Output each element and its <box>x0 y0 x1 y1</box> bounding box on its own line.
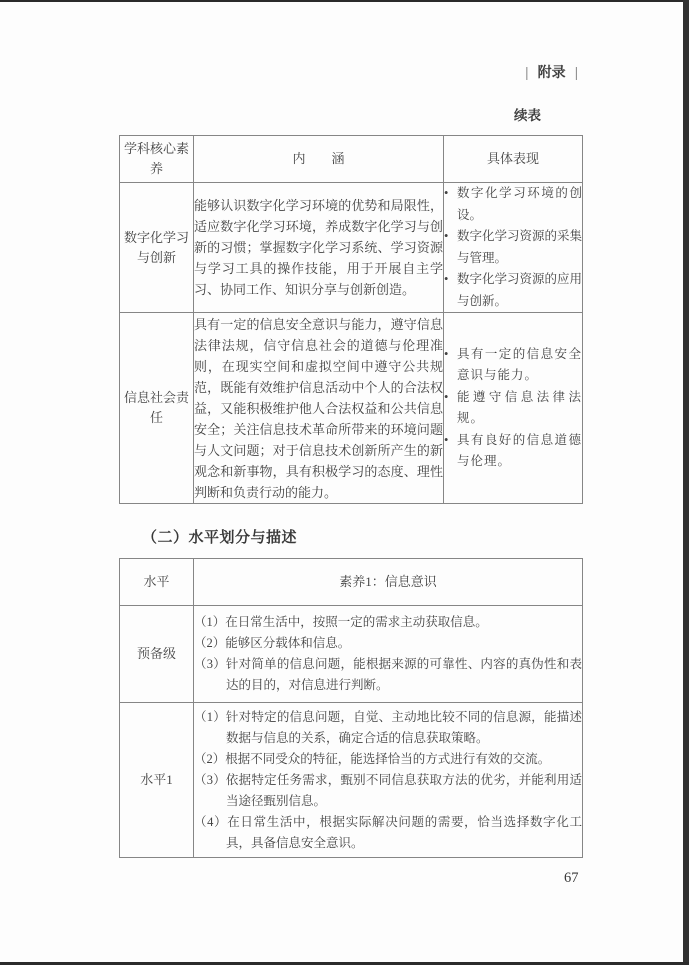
bullet-icon: • <box>444 387 449 409</box>
table-row: 数字化学习与创新 能够认识数字化学习环境的优势和局限性，适应数字化学习环境，养成… <box>120 183 583 313</box>
list-item-text: 具有良好的信息道德与伦理。 <box>457 433 582 469</box>
level-description-cell: （1）针对特定的信息问题，自觉、主动地比较不同的信息源，能描述数据与信息的关系，… <box>194 703 583 858</box>
numbered-item: （4）在日常生活中，根据实际解决问题的需要，恰当选择数字化工具，具备信息安全意识… <box>194 812 582 854</box>
level-description-cell: （1）在日常生活中，按照一定的需求主动获取信息。 （2）能够区分载体和信息。 （… <box>194 606 583 703</box>
table-row: 信息社会责任 具有一定的信息安全意识与能力，遵守信息法律法规，信守信息社会的道德… <box>120 313 583 504</box>
numbered-item: （1）针对特定的信息问题，自觉、主动地比较不同的信息源，能描述数据与信息的关系，… <box>194 707 582 749</box>
level-description-table: 水平 素养1：信息意识 预备级 （1）在日常生活中，按照一定的需求主动获取信息。… <box>119 558 583 858</box>
connotation-cell: 具有一定的信息安全意识与能力，遵守信息法律法规，信守信息社会的道德与伦理准则，在… <box>194 313 444 504</box>
list-item-text: 具有一定的信息安全意识与能力。 <box>457 347 582 383</box>
page-number: 67 <box>564 870 579 887</box>
list-item: •具有良好的信息道德与伦理。 <box>444 430 582 473</box>
list-item: •能遵守信息法律法规。 <box>444 387 582 430</box>
bullet-icon: • <box>444 183 448 205</box>
list-item-text: 数字化学习资源的应用与创新。 <box>457 272 582 308</box>
table1-header-manifestation: 具体表现 <box>444 136 583 183</box>
list-item-text: 能遵守信息法律法规。 <box>457 390 582 426</box>
table1-header-competency: 学科核心素养 <box>120 136 194 183</box>
level-cell: 预备级 <box>120 606 194 703</box>
core-competency-table: 学科核心素养 内 涵 具体表现 数字化学习与创新 能够认识数字化学习环境的优势和… <box>119 135 583 504</box>
table2-header-row: 水平 素养1：信息意识 <box>120 559 583 606</box>
numbered-item: （3）针对简单的信息问题，能根据来源的可靠性、内容的真伪性和表达的目的，对信息进… <box>194 654 582 696</box>
numbered-item: （1）在日常生活中，按照一定的需求主动获取信息。 <box>194 612 582 633</box>
connotation-cell: 能够认识数字化学习环境的优势和局限性，适应数字化学习环境，养成数字化学习与创新的… <box>194 183 444 313</box>
page-edge-right <box>683 0 689 965</box>
numbered-item: （3）依据特定任务需求，甄别不同信息获取方法的优劣，并能利用适当途径甄别信息。 <box>194 770 582 812</box>
header-bar-left-icon: | <box>516 64 538 80</box>
bullet-icon: • <box>444 430 449 452</box>
running-header: |附录| <box>516 62 587 82</box>
bullet-icon: • <box>444 344 449 366</box>
header-bar-right-icon: | <box>566 64 588 80</box>
continued-table-label: 续表 <box>514 104 541 124</box>
document-page: |附录| 续表 学科核心素养 内 涵 具体表现 数字化学习与创新 能够认识数字化… <box>0 0 689 965</box>
numbered-item: （2）根据不同受众的特征，能选择恰当的方式进行有效的交流。 <box>194 749 582 770</box>
section-heading: （二）水平划分与描述 <box>142 526 297 547</box>
table2-header-literacy: 素养1：信息意识 <box>194 559 583 606</box>
numbered-item: （2）能够区分载体和信息。 <box>194 633 582 654</box>
list-item-text: 数字化学习环境的创设。 <box>457 186 582 222</box>
competency-cell: 数字化学习与创新 <box>120 183 194 313</box>
list-item: •数字化学习资源的应用与创新。 <box>444 269 582 312</box>
page-edge-top <box>0 0 689 2</box>
table-row: 水平1 （1）针对特定的信息问题，自觉、主动地比较不同的信息源，能描述数据与信息… <box>120 703 583 858</box>
competency-cell: 信息社会责任 <box>120 313 194 504</box>
appendix-label: 附录 <box>538 64 566 80</box>
bullet-icon: • <box>444 269 448 291</box>
list-item: •具有一定的信息安全意识与能力。 <box>444 344 582 387</box>
table2-header-level: 水平 <box>120 559 194 606</box>
table1-header-connotation: 内 涵 <box>194 136 444 183</box>
level-cell: 水平1 <box>120 703 194 858</box>
table-row: 预备级 （1）在日常生活中，按照一定的需求主动获取信息。 （2）能够区分载体和信… <box>120 606 583 703</box>
list-item: •数字化学习环境的创设。 <box>444 183 582 226</box>
list-item: •数字化学习资源的采集与管理。 <box>444 226 582 269</box>
manifestation-cell: •数字化学习环境的创设。 •数字化学习资源的采集与管理。 •数字化学习资源的应用… <box>444 183 583 313</box>
table1-header-row: 学科核心素养 内 涵 具体表现 <box>120 136 583 183</box>
manifestation-cell: •具有一定的信息安全意识与能力。 •能遵守信息法律法规。 •具有良好的信息道德与… <box>444 313 583 504</box>
list-item-text: 数字化学习资源的采集与管理。 <box>457 229 582 265</box>
bullet-icon: • <box>444 226 448 248</box>
